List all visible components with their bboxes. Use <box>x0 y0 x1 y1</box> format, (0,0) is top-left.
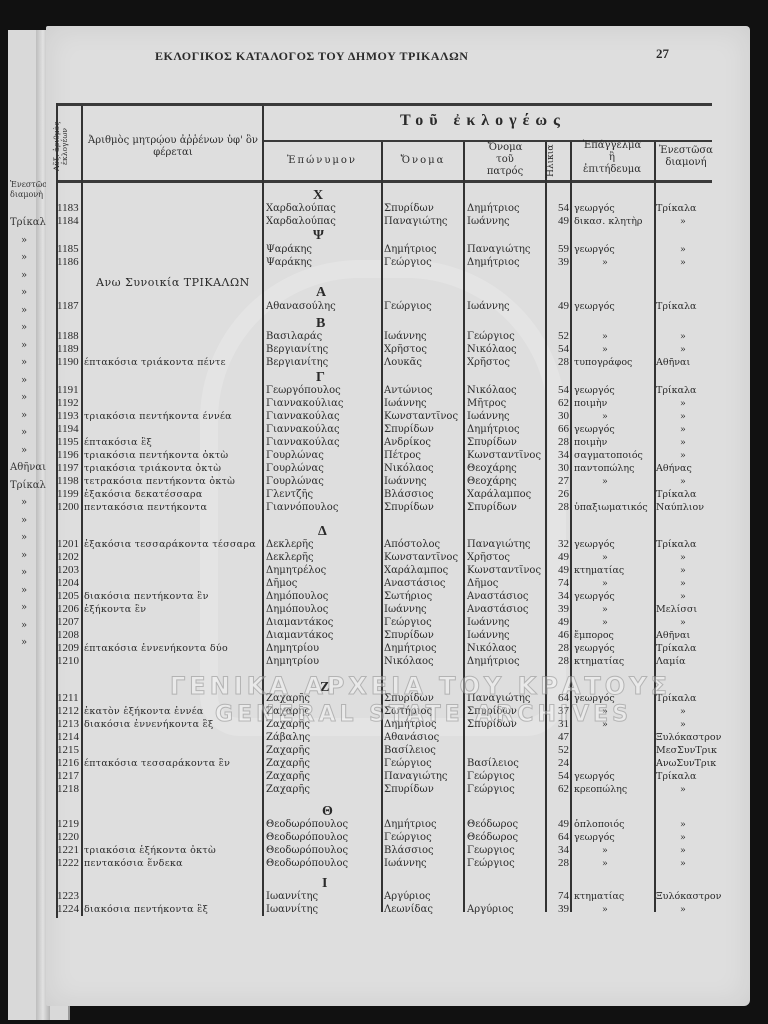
cell-occupation: κτηματίας <box>574 655 624 668</box>
cell-surname: Διαμαντάκος <box>266 616 333 629</box>
cell-occupation: » <box>602 343 608 356</box>
cell-father-name: Βασίλειος <box>467 757 519 770</box>
cell-father-name: Μῆτρος <box>467 397 506 410</box>
cell-serial-number: 1202 <box>57 551 81 564</box>
table-row: 1207ΔιαμαντάκοςΓεώργιοςΙωάννης49»» <box>0 616 768 629</box>
cell-registry-number-words: τριακόσια πεντήκοντα ὀκτὼ <box>84 449 228 462</box>
cell-serial-number: 1220 <box>57 831 81 844</box>
table-row: 1188ΒασιλαράςΙωάννηςΓεώργιος52»» <box>0 330 768 343</box>
cell-given-name: Σωτήριος <box>384 590 432 603</box>
cell-serial-number: 1195 <box>57 436 81 449</box>
cell-serial-number: 1201 <box>57 538 81 551</box>
cell-residence: Ξυλόκαστρον <box>656 890 721 903</box>
cell-serial-number: 1186 <box>57 256 81 269</box>
cell-residence: » <box>680 844 686 857</box>
cell-occupation: » <box>602 475 608 488</box>
cell-residence: Τρίκαλα <box>656 770 696 783</box>
table-row: 1220ΘεοδωρόπουλοςΓεώργιοςΘεόδωρος64γεωργ… <box>0 831 768 844</box>
cell-given-name: Γεώργιος <box>384 831 432 844</box>
cell-given-name: Χρῆστος <box>384 343 427 356</box>
cell-residence: Αθῆναι <box>656 629 690 642</box>
cell-surname: Ζαχαρῆς <box>266 744 310 757</box>
neighborhood-label: Ανω Συνοικία ΤΡΙΚΑΛΩΝ <box>96 276 250 289</box>
cell-surname: Χαρδαλούπας <box>266 202 336 215</box>
cell-occupation: ἔμπορος <box>574 629 614 642</box>
cell-serial-number: 1213 <box>57 718 81 731</box>
cell-age: 49 <box>547 300 569 313</box>
cell-occupation: » <box>602 903 608 916</box>
cell-surname: Ιωαννίτης <box>266 903 318 916</box>
cell-surname: Γιαννακούλιας <box>266 397 344 410</box>
cell-age: 49 <box>547 818 569 831</box>
cell-occupation: γεωργός <box>574 384 615 397</box>
cell-age: 30 <box>547 410 569 423</box>
cell-serial-number: 1221 <box>57 844 81 857</box>
header-occupation-line1: Ἐπάγγελμα <box>572 140 652 152</box>
header-name: Ὄνομα <box>384 155 462 167</box>
cell-serial-number: 1191 <box>57 384 81 397</box>
cell-residence: » <box>680 397 686 410</box>
cell-age: 74 <box>547 577 569 590</box>
cell-residence: » <box>680 616 686 629</box>
cell-age: 28 <box>547 655 569 668</box>
table-row: 1208ΔιαμαντάκοςΣπυρίδωνΙωάννης46ἔμποροςΑ… <box>0 629 768 642</box>
cell-residence: » <box>680 449 686 462</box>
cell-serial-number: 1222 <box>57 857 81 870</box>
cell-residence: Αθήνας <box>656 462 692 475</box>
cell-surname: Γιαννακούλας <box>266 423 340 436</box>
cell-surname: Ζαχαρῆς <box>266 757 310 770</box>
cell-registry-number-words: ἑξακόσια τεσσαράκοντα τέσσαρα <box>84 538 256 551</box>
table-row: 1203ΔημητρέλοςΧαράλαμποςΚωνσταντῖνος49κτ… <box>0 564 768 577</box>
table-row: 1201ἑξακόσια τεσσαράκοντα τέσσαραΔεκλερῆ… <box>0 538 768 551</box>
cell-serial-number: 1189 <box>57 343 81 356</box>
cell-residence: » <box>680 343 686 356</box>
cell-surname: Δημόπουλος <box>266 603 328 616</box>
cell-age: 30 <box>547 462 569 475</box>
table-row: 1197τριακόσια τριάκοντα ὀκτὼΓουρλώναςΝικ… <box>0 462 768 475</box>
cell-age: 54 <box>547 343 569 356</box>
cell-residence: » <box>680 857 686 870</box>
cell-serial-number: 1224 <box>57 903 81 916</box>
cell-surname: Γλεντζῆς <box>266 488 313 501</box>
cell-age: 74 <box>547 890 569 903</box>
cell-given-name: Σπυρίδων <box>384 202 434 215</box>
header-age: Ἡλικία <box>546 148 560 178</box>
cell-serial-number: 1196 <box>57 449 81 462</box>
table-row: 1209έπτακόσια ἐννενήκοντα δύοΔημητρίουΔη… <box>0 642 768 655</box>
cell-surname: Δημητρίου <box>266 642 319 655</box>
cell-given-name: Σπυρίδων <box>384 501 434 514</box>
cell-father-name: Δημήτριος <box>467 256 520 269</box>
cell-serial-number: 1190 <box>57 356 81 369</box>
table-row: 1210ΔημητρίουΝικόλαοςΔημήτριος28κτηματία… <box>0 655 768 668</box>
cell-registry-number-words: έπτακόσια ἓξ <box>84 436 152 449</box>
header-occupation-line2: ἢ <box>572 152 652 164</box>
cell-residence: Ξυλόκαστρον <box>656 731 721 744</box>
cell-age: 66 <box>547 423 569 436</box>
table-row: 1199ἑξακόσια δεκατέσσαραΓλεντζῆςΒλάσσιος… <box>0 488 768 501</box>
cell-residence: Τρίκαλα <box>656 384 696 397</box>
header-bottom-rule <box>56 180 712 183</box>
cell-given-name: Αθανάσιος <box>384 731 439 744</box>
cell-age: 52 <box>547 744 569 757</box>
cell-serial-number: 1219 <box>57 818 81 831</box>
section-letter: Α <box>316 285 326 301</box>
cell-age: 49 <box>547 551 569 564</box>
cell-father-name: Θεόδωρος <box>467 818 518 831</box>
header-residence: Ἐνεστῶσα διαμονή <box>656 145 716 169</box>
cell-registry-number-words: ἑξακόσια δεκατέσσαρα <box>84 488 203 501</box>
cell-registry-number-words: τριακόσια τριάκοντα ὀκτὼ <box>84 462 221 475</box>
cell-father-name: Θεοχάρης <box>467 475 517 488</box>
cell-father-name: Γεωργιος <box>467 844 515 857</box>
cell-residence: Τρίκαλα <box>656 202 696 215</box>
cell-serial-number: 1210 <box>57 655 81 668</box>
cell-age: 28 <box>547 501 569 514</box>
cell-residence: Τρίκαλα <box>656 538 696 551</box>
watermark-english: GENERAL STATE ARCHIVES <box>215 702 632 727</box>
cell-given-name: Ιωάννης <box>384 857 427 870</box>
table-row: 1221τριακόσια ἑξήκοντα ὀκτὼΘεοδωρόπουλος… <box>0 844 768 857</box>
header-surname: Ἐπώνυμον <box>266 155 378 167</box>
cell-occupation: » <box>602 844 608 857</box>
cell-surname: Δημητρίου <box>266 655 319 668</box>
header-occupation: Ἐπάγγελμα ἢ ἐπιτήδευμα <box>572 140 652 176</box>
cell-surname: Δεκλερῆς <box>266 538 314 551</box>
cell-residence: Αθῆναι <box>656 356 690 369</box>
cell-residence: Λαμία <box>656 655 686 668</box>
cell-occupation: ὁπλοποιός <box>574 818 624 831</box>
cell-surname: Διαμαντάκος <box>266 629 333 642</box>
cell-serial-number: 1215 <box>57 744 81 757</box>
header-registry-number: Ἀριθμὸς μητρῴου ἀῤῥένων ὑφ' ὃν φέρεται <box>88 135 258 159</box>
cell-father-name: Χαράλαμπος <box>467 488 531 501</box>
cell-serial-number: 1217 <box>57 770 81 783</box>
cell-registry-number-words: έπτακόσια τεσσαράκοντα ἓν <box>84 757 230 770</box>
cell-occupation: κρεοπώλης <box>574 783 627 796</box>
cell-surname: Γιαννακούλας <box>266 410 340 423</box>
cell-serial-number: 1184 <box>57 215 81 228</box>
cell-age: 54 <box>547 202 569 215</box>
cell-occupation: » <box>602 551 608 564</box>
cell-serial-number: 1197 <box>57 462 81 475</box>
cell-serial-number: 1183 <box>57 202 81 215</box>
cell-residence: » <box>680 423 686 436</box>
cell-given-name: Παναγιώτης <box>384 770 447 783</box>
cell-father-name: Αργύριος <box>467 903 514 916</box>
cell-given-name: Ιωάννης <box>384 397 427 410</box>
cell-occupation: » <box>602 410 608 423</box>
cell-age: 27 <box>547 475 569 488</box>
cell-registry-number-words: διακόσια ἐννενήκοντα ἓξ <box>84 718 214 731</box>
cell-residence: » <box>680 256 686 269</box>
cell-surname: Θεοδωρόπουλος <box>266 844 348 857</box>
cell-father-name: Ιωάννης <box>467 616 510 629</box>
cell-given-name: Κωνσταντῖνος <box>384 551 458 564</box>
cell-occupation: δικασ. κλητὴρ <box>574 215 643 228</box>
cell-registry-number-words: ἑκατὸν ἑξήκοντα ἐννέα <box>84 705 204 718</box>
cell-given-name: Γεώργιος <box>384 757 432 770</box>
cell-surname: Γουρλώνας <box>266 449 324 462</box>
cell-serial-number: 1199 <box>57 488 81 501</box>
cell-serial-number: 1214 <box>57 731 81 744</box>
cell-serial-number: 1185 <box>57 243 81 256</box>
cell-occupation: ὑπαξιωματικός <box>574 501 648 514</box>
cell-surname: Ζάβαλης <box>266 731 310 744</box>
cell-given-name: Σπυρίδων <box>384 783 434 796</box>
cell-surname: Δημόπουλος <box>266 590 328 603</box>
header-serial-number: Αὔξ. ἀριθμὸς ἐκλογέων <box>53 112 71 180</box>
cell-given-name: Γεώργιος <box>384 300 432 313</box>
previous-page-ditto: » <box>10 512 38 530</box>
table-row: 1219ΘεοδωρόπουλοςΔημήτριοςΘεόδωρος49ὁπλο… <box>0 818 768 831</box>
header-occupation-line3: ἐπιτήδευμα <box>572 164 652 176</box>
cell-age: 47 <box>547 731 569 744</box>
cell-age: 52 <box>547 330 569 343</box>
table-top-rule <box>56 103 712 106</box>
cell-given-name: Ιωάννης <box>384 475 427 488</box>
cell-given-name: Λουκᾶς <box>384 356 422 369</box>
cell-given-name: Βλάσσιος <box>384 844 434 857</box>
previous-page-header: Ἐνεστῶσα διαμονὴ <box>10 180 38 200</box>
cell-age: 54 <box>547 384 569 397</box>
cell-serial-number: 1192 <box>57 397 81 410</box>
table-row: 1185ΨαράκηςΔημήτριοςΠαναγιώτης59γεωργός» <box>0 243 768 256</box>
cell-registry-number-words: τετρακόσια πεντήκοντα ὀκτὼ <box>84 475 235 488</box>
cell-serial-number: 1187 <box>57 300 81 313</box>
cell-age: 28 <box>547 356 569 369</box>
cell-surname: Βεργιανίτης <box>266 356 328 369</box>
cell-registry-number-words: τριακόσια πεντήκοντα έννέα <box>84 410 232 423</box>
cell-serial-number: 1211 <box>57 692 81 705</box>
cell-occupation: κτηματίας <box>574 564 624 577</box>
cell-age: 46 <box>547 629 569 642</box>
cell-residence: Τρίκαλα <box>656 488 696 501</box>
cell-age: 28 <box>547 436 569 449</box>
cell-serial-number: 1209 <box>57 642 81 655</box>
table-row: 1190έπτακόσια τριάκοντα πέντεΒεργιανίτης… <box>0 356 768 369</box>
cell-registry-number-words: έπτακόσια τριάκοντα πέντε <box>84 356 226 369</box>
previous-page-ditto: » <box>10 284 38 302</box>
cell-given-name: Απόστολος <box>384 538 440 551</box>
cell-given-name: Λεωνίδας <box>384 903 433 916</box>
cell-residence: » <box>680 436 686 449</box>
table-row: 1202ΔεκλερῆςΚωνσταντῖνοςΧρῆστος49»» <box>0 551 768 564</box>
cell-occupation: σαγματοποιός <box>574 449 643 462</box>
cell-father-name: Γεώργιος <box>467 770 515 783</box>
cell-occupation: γεωργός <box>574 243 615 256</box>
cell-residence: » <box>680 577 686 590</box>
table-row: 1222πεντακόσια ἕνδεκαΘεοδωρόπουλοςΙωάννη… <box>0 857 768 870</box>
cell-residence: » <box>680 903 686 916</box>
cell-occupation: » <box>602 603 608 616</box>
cell-registry-number-words: πεντακόσια πεντήκοντα <box>84 501 207 514</box>
cell-occupation: παντοπώλης <box>574 462 634 475</box>
cell-given-name: Δημήτριος <box>384 642 437 655</box>
cell-surname: Ψαράκης <box>266 256 312 269</box>
cell-serial-number: 1188 <box>57 330 81 343</box>
cell-father-name: Νικόλαος <box>467 384 517 397</box>
table-row: 1223ΙωαννίτηςΑργύριος74κτηματίαςΞυλόκαστ… <box>0 890 768 903</box>
header-residence-line2: διαμονή <box>656 157 716 169</box>
cell-occupation: γεωργός <box>574 770 615 783</box>
cell-occupation: κτηματίας <box>574 890 624 903</box>
cell-surname: Γιαννακούλας <box>266 436 340 449</box>
cell-age: 49 <box>547 564 569 577</box>
cell-occupation: » <box>602 616 608 629</box>
table-row: 1195έπτακόσια ἓξΓιαννακούλαςΑνδρίκοςΣπυρ… <box>0 436 768 449</box>
cell-given-name: Ιωάννης <box>384 330 427 343</box>
table-row: 1224διακόσια πεντήκοντα ἓξΙωαννίτηςΛεωνί… <box>0 903 768 916</box>
cell-residence: » <box>680 330 686 343</box>
cell-age: 62 <box>547 783 569 796</box>
cell-father-name: Γεώργιος <box>467 857 515 870</box>
cell-surname: Ζαχαρῆς <box>266 783 310 796</box>
cell-father-name: Παναγιώτης <box>467 243 530 256</box>
header-residence-line1: Ἐνεστῶσα <box>656 145 716 157</box>
cell-given-name: Ιωάννης <box>384 603 427 616</box>
cell-given-name: Χαράλαμπος <box>384 564 448 577</box>
cell-father-name: Παναγιώτης <box>467 538 530 551</box>
cell-surname: Δεκλερῆς <box>266 551 314 564</box>
cell-occupation: γεωργός <box>574 538 615 551</box>
cell-given-name: Παναγιώτης <box>384 215 447 228</box>
cell-age: 49 <box>547 616 569 629</box>
cell-serial-number: 1216 <box>57 757 81 770</box>
cell-serial-number: 1200 <box>57 501 81 514</box>
cell-registry-number-words: διακόσια πεντήκοντα ἓξ <box>84 903 208 916</box>
table-row: 1189ΒεργιανίτηςΧρῆστοςΝικόλαος54»» <box>0 343 768 356</box>
cell-age: 34 <box>547 590 569 603</box>
table-row: 1205διακόσια πεντήκοντα ἓνΔημόπουλοςΣωτή… <box>0 590 768 603</box>
header-voter-group: Τοῦ ἐκλογέως <box>400 112 566 130</box>
cell-father-name: Θεόδωρος <box>467 831 518 844</box>
cell-father-name: Νικόλαος <box>467 642 517 655</box>
cell-residence: Τρίκαλα <box>656 300 696 313</box>
cell-surname: Βασιλαράς <box>266 330 322 343</box>
cell-serial-number: 1207 <box>57 616 81 629</box>
cell-surname: Αθανασούλης <box>266 300 336 313</box>
cell-given-name: Βασίλειος <box>384 744 436 757</box>
cell-residence: » <box>680 410 686 423</box>
cell-residence: Ναύπλιον <box>656 501 704 514</box>
cell-given-name: Αργύριος <box>384 890 431 903</box>
cell-age: 39 <box>547 903 569 916</box>
cell-father-name: Σπυρίδων <box>467 501 517 514</box>
cell-residence: » <box>680 215 686 228</box>
cell-surname: Δῆμος <box>266 577 297 590</box>
cell-occupation: γεωργός <box>574 590 615 603</box>
header-father-name: Ὄνομα τοῦ πατρός <box>466 142 544 178</box>
cell-serial-number: 1198 <box>57 475 81 488</box>
cell-serial-number: 1208 <box>57 629 81 642</box>
cell-given-name: Δημήτριος <box>384 818 437 831</box>
cell-given-name: Σπυρίδων <box>384 423 434 436</box>
cell-father-name: Κωνσταντῖνος <box>467 449 541 462</box>
table-row: 1196τριακόσια πεντήκοντα ὀκτὼΓουρλώναςΠέ… <box>0 449 768 462</box>
cell-father-name: Κωνσταντῖνος <box>467 564 541 577</box>
cell-occupation: γεωργός <box>574 202 615 215</box>
cell-given-name: Νικόλαος <box>384 655 434 668</box>
cell-given-name: Νικόλαος <box>384 462 434 475</box>
cell-residence: » <box>680 718 686 731</box>
cell-father-name: Δημήτριος <box>467 655 520 668</box>
cell-given-name: Πέτρος <box>384 449 421 462</box>
cell-father-name: Γεώργιος <box>467 330 515 343</box>
cell-occupation: ποιμὴν <box>574 436 607 449</box>
header-father-line2: τοῦ <box>466 154 544 166</box>
cell-residence: » <box>680 831 686 844</box>
cell-given-name: Κωνσταντῖνος <box>384 410 458 423</box>
cell-age: 59 <box>547 243 569 256</box>
table-row: 1214ΖάβαληςΑθανάσιος47Ξυλόκαστρον <box>0 731 768 744</box>
cell-age: 49 <box>547 215 569 228</box>
cell-residence: Μελίσσι <box>656 603 697 616</box>
cell-occupation: » <box>602 577 608 590</box>
header-father-line3: πατρός <box>466 166 544 178</box>
cell-serial-number: 1194 <box>57 423 81 436</box>
cell-surname: Γουρλώνας <box>266 462 324 475</box>
cell-registry-number-words: έπτακόσια ἐννενήκοντα δύο <box>84 642 228 655</box>
cell-given-name: Γεώργιος <box>384 256 432 269</box>
cell-residence: ΜεσΣυνΤρικ <box>656 744 717 757</box>
cell-occupation: » <box>602 330 608 343</box>
cell-serial-number: 1212 <box>57 705 81 718</box>
table-row: 1206ἑξήκοντα ἓνΔημόπουλοςΙωάννηςΑναστάσι… <box>0 603 768 616</box>
table-row: 1194ΓιαννακούλαςΣπυρίδωνΔημήτριος66γεωργ… <box>0 423 768 436</box>
cell-father-name: Χρῆστος <box>467 356 510 369</box>
cell-occupation: ποιμὴν <box>574 397 607 410</box>
cell-age: 26 <box>547 488 569 501</box>
cell-age: 54 <box>547 770 569 783</box>
cell-father-name: Αναστάσιος <box>467 603 529 616</box>
table-row: 1187ΑθανασούληςΓεώργιοςΙωάννης49γεωργόςΤ… <box>0 300 768 313</box>
cell-age: 32 <box>547 538 569 551</box>
cell-surname: Γεωργόπουλος <box>266 384 341 397</box>
cell-registry-number-words: ἑξήκοντα ἓν <box>84 603 146 616</box>
cell-serial-number: 1203 <box>57 564 81 577</box>
cell-surname: Γουρλώνας <box>266 475 324 488</box>
cell-given-name: Βλάσσιος <box>384 488 434 501</box>
table-row: 1204ΔῆμοςΑναστάσιοςΔῆμος74»» <box>0 577 768 590</box>
table-row: 1200πεντακόσια πεντήκονταΓιαννόπουλοςΣπυ… <box>0 501 768 514</box>
cell-serial-number: 1193 <box>57 410 81 423</box>
cell-given-name: Γεώργιος <box>384 616 432 629</box>
cell-residence: » <box>680 590 686 603</box>
cell-surname: Δημητρέλος <box>266 564 326 577</box>
cell-given-name: Δημήτριος <box>384 243 437 256</box>
table-row: 1183ΧαρδαλούπαςΣπυρίδωνΔημήτριος54γεωργό… <box>0 202 768 215</box>
table-row: 1192ΓιαννακούλιαςΙωάννηςΜῆτρος62ποιμὴν» <box>0 397 768 410</box>
cell-age: 28 <box>547 642 569 655</box>
table-row: 1215ΖαχαρῆςΒασίλειος52ΜεσΣυνΤρικ <box>0 744 768 757</box>
cell-given-name: Ανδρίκος <box>384 436 431 449</box>
table-row: 1184ΧαρδαλούπαςΠαναγιώτηςΙωάννης49δικασ.… <box>0 215 768 228</box>
cell-occupation: γεωργός <box>574 642 615 655</box>
cell-given-name: Αντώνιος <box>384 384 433 397</box>
cell-father-name: Δῆμος <box>467 577 498 590</box>
cell-surname: Θεοδωρόπουλος <box>266 818 348 831</box>
cell-father-name: Ιωάννης <box>467 215 510 228</box>
cell-residence: » <box>680 243 686 256</box>
cell-father-name: Ιωάννης <box>467 300 510 313</box>
previous-page-ditto: » <box>10 267 38 285</box>
cell-residence: » <box>680 705 686 718</box>
cell-surname: Χαρδαλούπας <box>266 215 336 228</box>
cell-residence: » <box>680 475 686 488</box>
cell-age: 39 <box>547 603 569 616</box>
